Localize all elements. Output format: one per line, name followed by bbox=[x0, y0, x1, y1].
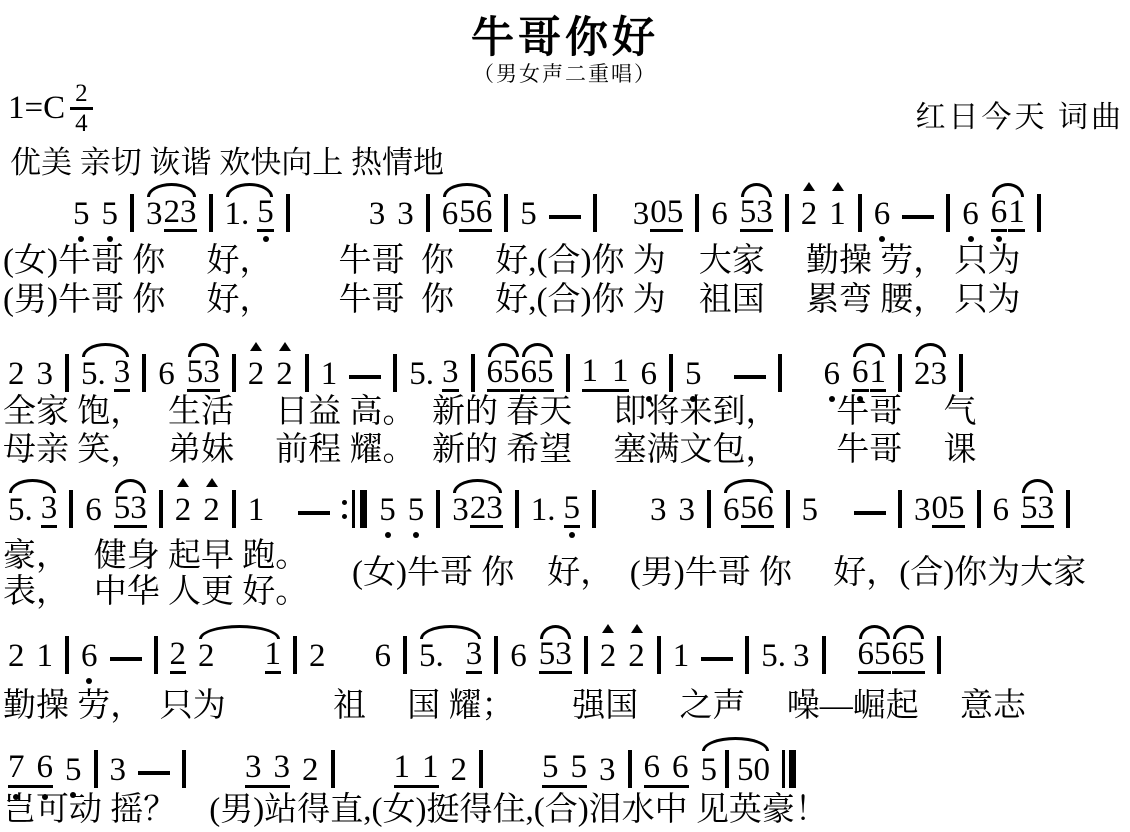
note-number: 3 bbox=[452, 492, 469, 528]
note-group: 1.5 bbox=[225, 196, 274, 232]
note: 53 bbox=[740, 196, 773, 232]
note: 56 bbox=[459, 196, 492, 232]
note-number: 53 bbox=[114, 492, 147, 528]
low-octave-dot bbox=[968, 236, 974, 242]
notation-line: 235.36532215.36565116566123 bbox=[8, 352, 963, 392]
lyrics-line: (女)牛哥 你 好， 牛哥 你 好,(合)你 为 大家 勤操 劳， 只为 bbox=[3, 243, 1020, 279]
slur-arc bbox=[859, 625, 890, 639]
note: 5 bbox=[257, 196, 274, 232]
duration-dash bbox=[298, 511, 330, 515]
notation-line: 765333211255366550 bbox=[8, 748, 796, 788]
note-number: 23 bbox=[470, 492, 503, 528]
note-group: 66 bbox=[644, 749, 689, 788]
note: 3 bbox=[245, 749, 262, 785]
slur-arc bbox=[540, 625, 571, 639]
note-number: 5 bbox=[73, 196, 90, 232]
barline bbox=[725, 750, 729, 788]
note-number: 23 bbox=[164, 196, 197, 232]
note: 1 bbox=[1008, 196, 1025, 232]
note-group: 6565 bbox=[858, 638, 925, 674]
barline bbox=[65, 354, 69, 392]
note-number: 2 bbox=[8, 356, 25, 392]
meter-numerator: 2 bbox=[70, 80, 93, 107]
barline bbox=[232, 354, 236, 392]
note: 2 bbox=[8, 638, 25, 674]
note-group: 656 bbox=[442, 196, 493, 232]
barline bbox=[182, 750, 186, 788]
note-number: 1 bbox=[321, 356, 338, 392]
note: 6 bbox=[723, 492, 740, 528]
duration-dash bbox=[854, 511, 886, 515]
note-number: 5 bbox=[379, 492, 396, 528]
barline bbox=[403, 636, 407, 674]
low-octave-dot bbox=[413, 532, 419, 538]
note-number: 5 bbox=[520, 196, 537, 232]
note: 2 bbox=[198, 638, 215, 674]
note-number: 2 bbox=[451, 752, 468, 788]
note: 1 bbox=[265, 638, 282, 674]
note: 50 bbox=[737, 752, 770, 788]
note: 1 bbox=[612, 353, 629, 389]
note-number: 3 bbox=[37, 356, 54, 392]
note-number: 6 bbox=[711, 196, 728, 232]
lyrics-line: 全家 饱， 生活 日益 高。 新的 春天 即将来到， 牛哥 气 bbox=[3, 394, 977, 430]
note-number: 5. bbox=[419, 638, 444, 674]
slur-arc bbox=[522, 343, 553, 357]
duration-dash bbox=[701, 657, 733, 661]
barline bbox=[436, 490, 440, 528]
barline bbox=[65, 636, 69, 674]
note: 65 bbox=[521, 356, 554, 392]
note: 3 bbox=[650, 492, 667, 528]
accent-mark bbox=[177, 478, 189, 487]
note-number: 3 bbox=[110, 752, 127, 788]
note-number: 2 bbox=[175, 492, 192, 528]
note: 1 bbox=[870, 356, 887, 392]
slur-arc bbox=[741, 183, 772, 197]
final-barline bbox=[782, 750, 796, 788]
note-number: 3 bbox=[397, 196, 414, 232]
barline bbox=[937, 636, 941, 674]
note: 7 bbox=[8, 749, 25, 785]
note-number: 6 bbox=[442, 196, 459, 232]
note-number: 3 bbox=[793, 638, 810, 674]
note: 3 bbox=[452, 492, 469, 528]
note-number: 1 bbox=[612, 353, 629, 389]
barline bbox=[628, 750, 632, 788]
note-number: 1 bbox=[870, 356, 887, 392]
note: 2 bbox=[8, 356, 25, 392]
note-number: 5 bbox=[571, 749, 588, 785]
low-octave-dot bbox=[569, 532, 575, 538]
key-tonic: 1=C bbox=[8, 90, 65, 127]
note: 6 bbox=[672, 749, 689, 785]
lyrics-line: 勤操 劳， 只为 祖 国 耀； 强国 之声 噪—崛起 意志 bbox=[3, 688, 1026, 724]
slur-arc bbox=[1022, 479, 1053, 493]
note-number: 1. bbox=[531, 492, 556, 528]
barline bbox=[566, 354, 570, 392]
note: 23 bbox=[470, 492, 503, 528]
accent-mark bbox=[832, 182, 844, 191]
accent-mark bbox=[631, 624, 643, 633]
barline bbox=[584, 636, 588, 674]
low-octave-dot bbox=[86, 678, 92, 684]
repeat-dot bbox=[342, 500, 347, 505]
barline bbox=[593, 194, 597, 232]
barline bbox=[898, 354, 902, 392]
note-number: 5 bbox=[65, 752, 82, 788]
note: 5 bbox=[701, 752, 718, 788]
note: 6 bbox=[81, 638, 98, 674]
note-number: 6 bbox=[641, 356, 658, 392]
accent-mark bbox=[602, 624, 614, 633]
note-number: 6 bbox=[158, 356, 175, 392]
note: 5 bbox=[564, 492, 581, 528]
note-number: 3 bbox=[245, 749, 262, 785]
note-number: 6 bbox=[644, 749, 661, 785]
note: 6 bbox=[711, 196, 728, 232]
duration-dash bbox=[349, 375, 381, 379]
note: 5 bbox=[685, 356, 702, 392]
slur-arc bbox=[115, 479, 146, 493]
note-number: 65 bbox=[487, 356, 520, 392]
note: 2 bbox=[628, 638, 645, 674]
barline bbox=[786, 490, 790, 528]
note-number: 3 bbox=[599, 752, 616, 788]
note: 6 bbox=[158, 356, 175, 392]
note-number: 23 bbox=[914, 356, 947, 392]
note-group: 61 bbox=[991, 196, 1025, 232]
note: 1 bbox=[394, 749, 411, 785]
repeat-dot bbox=[342, 514, 347, 519]
note-number: 1. bbox=[225, 196, 250, 232]
note-group: 323 bbox=[452, 492, 503, 528]
note: 1. bbox=[225, 196, 250, 232]
note-number: 1 bbox=[582, 353, 599, 389]
note-number: 6 bbox=[874, 196, 891, 232]
note-number: 05 bbox=[650, 196, 683, 232]
low-octave-dot bbox=[879, 236, 885, 242]
note: 3 bbox=[110, 752, 127, 788]
lyrics-line: 豪， 健身 起早 跑。 bbox=[3, 538, 308, 574]
note: 6 bbox=[641, 356, 658, 392]
lyrics-line: 岂可动 摇？ (男)站得直,(女)挺得住,(合)泪水中 见英豪！ bbox=[3, 792, 828, 828]
note-number: 5. bbox=[409, 356, 434, 392]
note-number: 1 bbox=[673, 638, 690, 674]
barline-thin bbox=[782, 750, 785, 788]
slur-arc bbox=[188, 343, 219, 357]
note: 5 bbox=[571, 749, 588, 785]
note-group: 61 bbox=[852, 356, 886, 392]
barline-thick bbox=[789, 750, 796, 788]
note-number: 6 bbox=[852, 356, 869, 392]
expression-marking: 优美 亲切 诙谐 欢快向上 热情地 bbox=[10, 137, 444, 182]
note: 65 bbox=[892, 638, 925, 674]
note: 1 bbox=[582, 353, 599, 389]
note: 5. bbox=[409, 356, 434, 392]
note: 6 bbox=[874, 196, 891, 232]
low-octave-dot bbox=[78, 236, 84, 242]
note-number: 5 bbox=[102, 196, 119, 232]
note: 53 bbox=[187, 356, 220, 392]
low-octave-dot bbox=[263, 236, 269, 242]
note-number: 1 bbox=[1008, 196, 1025, 232]
note: 2 bbox=[451, 752, 468, 788]
accent-mark bbox=[279, 342, 291, 351]
note-number: 53 bbox=[539, 638, 572, 674]
barline bbox=[471, 354, 475, 392]
key-signature: 1=C 2 4 bbox=[8, 80, 93, 137]
note: 53 bbox=[114, 492, 147, 528]
note: 6 bbox=[824, 356, 841, 392]
barline bbox=[94, 750, 98, 788]
note: 5 bbox=[408, 492, 425, 528]
note-number: 2 bbox=[801, 196, 818, 232]
note-number: 65 bbox=[892, 638, 925, 674]
note-group: 5.3 bbox=[409, 356, 458, 392]
barline bbox=[232, 490, 236, 528]
note: 3 bbox=[599, 752, 616, 788]
note-number: 5 bbox=[257, 196, 274, 232]
note-number: 5. bbox=[761, 638, 786, 674]
note: 6 bbox=[442, 196, 459, 232]
note-number: 6 bbox=[81, 638, 98, 674]
accent-mark bbox=[250, 342, 262, 351]
note-number: 3 bbox=[679, 492, 696, 528]
note: 05 bbox=[932, 492, 965, 528]
note-number: 56 bbox=[741, 492, 774, 528]
note-number: 2 bbox=[203, 492, 220, 528]
note-number: 3 bbox=[466, 638, 483, 674]
note: 65 bbox=[858, 638, 891, 674]
note-group: 6565 bbox=[487, 356, 554, 392]
note: 3 bbox=[466, 638, 483, 674]
repeat-dots bbox=[342, 500, 347, 519]
note-number: 1 bbox=[829, 196, 846, 232]
note: 6 bbox=[85, 492, 102, 528]
note-number: 2 bbox=[309, 638, 326, 674]
note-number: 5. bbox=[81, 356, 106, 392]
note: 1 bbox=[829, 196, 846, 232]
note: 5 bbox=[520, 196, 537, 232]
note-group: 5.3 bbox=[761, 638, 809, 674]
accent-mark bbox=[206, 478, 218, 487]
note-group: 21 bbox=[198, 638, 281, 674]
note-number: 5. bbox=[8, 492, 33, 528]
note: 6 bbox=[510, 638, 527, 674]
note-number: 5 bbox=[701, 752, 718, 788]
barline bbox=[946, 194, 950, 232]
note: 53 bbox=[539, 638, 572, 674]
barline bbox=[293, 636, 297, 674]
song-title: 牛哥你好 bbox=[0, 4, 1130, 65]
note: 3 bbox=[914, 492, 931, 528]
note-number: 05 bbox=[932, 492, 965, 528]
barline bbox=[745, 636, 749, 674]
note-group: 33 bbox=[245, 749, 290, 788]
note: 1 bbox=[248, 492, 265, 528]
note-number: 1 bbox=[422, 749, 439, 785]
note: 3 bbox=[114, 356, 131, 392]
note-number: 2 bbox=[248, 356, 265, 392]
note-number: 5 bbox=[685, 356, 702, 392]
note: 1 bbox=[37, 638, 54, 674]
note: 05 bbox=[650, 196, 683, 232]
note: 5. bbox=[8, 492, 33, 528]
duration-dash bbox=[734, 375, 766, 379]
note-group: 5.3 bbox=[8, 492, 57, 528]
meter-denominator: 4 bbox=[70, 107, 93, 137]
note-group: 5.3 bbox=[81, 356, 130, 392]
note-number: 3 bbox=[114, 356, 131, 392]
low-octave-dot bbox=[107, 236, 113, 242]
note-group: 550 bbox=[701, 750, 771, 788]
note-number: 53 bbox=[740, 196, 773, 232]
note: 5. bbox=[761, 638, 786, 674]
barline-thin bbox=[352, 490, 355, 528]
note: 6 bbox=[962, 196, 979, 232]
composer-credit: 红日今天 词曲 bbox=[916, 92, 1125, 136]
note-number: 6 bbox=[510, 638, 527, 674]
note-group: 656 bbox=[723, 492, 774, 528]
lyrics-line: (男)牛哥 你 好， 牛哥 你 好,(合)你 为 祖国 累弯 腰， 只为 bbox=[3, 282, 1020, 318]
note: 2 bbox=[302, 752, 319, 788]
note: 2 bbox=[203, 492, 220, 528]
note: 3 bbox=[369, 196, 386, 232]
note-number: 2 bbox=[8, 638, 25, 674]
note: 6 bbox=[993, 492, 1010, 528]
notation-line: 216221265.36532215.36565 bbox=[8, 634, 941, 674]
barline bbox=[669, 354, 673, 392]
note-number: 53 bbox=[1021, 492, 1054, 528]
note: 2 bbox=[170, 638, 187, 674]
note-number: 2 bbox=[276, 356, 293, 392]
barline bbox=[504, 194, 508, 232]
barline bbox=[898, 490, 902, 528]
lyrics-line: 表， 中华 人更 好。 bbox=[3, 574, 308, 610]
slur-arc bbox=[893, 625, 924, 639]
barline bbox=[130, 194, 134, 232]
slur-arc bbox=[702, 737, 770, 751]
duration-dash bbox=[902, 215, 934, 219]
note: 2 bbox=[600, 638, 617, 674]
note-number: 6 bbox=[991, 196, 1008, 232]
note-number: 1 bbox=[37, 638, 54, 674]
note: 2 bbox=[175, 492, 192, 528]
barline bbox=[209, 194, 213, 232]
note: 5 bbox=[65, 752, 82, 788]
barline bbox=[695, 194, 699, 232]
note-number: 6 bbox=[375, 638, 392, 674]
note-number: 3 bbox=[914, 492, 931, 528]
note-number: 5 bbox=[408, 492, 425, 528]
barline bbox=[785, 194, 789, 232]
note-number: 6 bbox=[85, 492, 102, 528]
note-group: 1.5 bbox=[531, 492, 580, 528]
barline bbox=[858, 194, 862, 232]
note-number: 2 bbox=[302, 752, 319, 788]
note-number: 3 bbox=[369, 196, 386, 232]
note-number: 3 bbox=[650, 492, 667, 528]
note-number: 3 bbox=[41, 492, 58, 528]
barline bbox=[515, 490, 519, 528]
note-group: 55 bbox=[542, 749, 587, 788]
note-number: 7 bbox=[8, 749, 25, 785]
note-number: 6 bbox=[672, 749, 689, 785]
barline bbox=[778, 354, 782, 392]
barline bbox=[707, 490, 711, 528]
note: 2 bbox=[248, 356, 265, 392]
note: 6 bbox=[644, 749, 661, 785]
song-subtitle: （男女声二重唱） bbox=[0, 58, 1130, 88]
note: 3 bbox=[442, 356, 459, 392]
note-number: 3 bbox=[274, 749, 291, 785]
note-number: 56 bbox=[459, 196, 492, 232]
note-number: 5 bbox=[564, 492, 581, 528]
note-number: 50 bbox=[737, 752, 770, 788]
note: 23 bbox=[914, 356, 947, 392]
note: 2 bbox=[801, 196, 818, 232]
note: 23 bbox=[164, 196, 197, 232]
duration-dash bbox=[138, 771, 170, 775]
note-number: 6 bbox=[723, 492, 740, 528]
note-group: 5.3 bbox=[419, 638, 482, 674]
note-number: 65 bbox=[858, 638, 891, 674]
barline bbox=[657, 636, 661, 674]
barline bbox=[331, 750, 335, 788]
note: 53 bbox=[1021, 492, 1054, 528]
slur-arc bbox=[915, 343, 946, 357]
note: 5 bbox=[102, 196, 119, 232]
note: 1 bbox=[673, 638, 690, 674]
note-number: 3 bbox=[146, 196, 163, 232]
note: 5 bbox=[802, 492, 819, 528]
note: 3 bbox=[146, 196, 163, 232]
barline bbox=[393, 354, 397, 392]
note-group: 76 bbox=[8, 749, 53, 788]
barline bbox=[1066, 490, 1070, 528]
barline bbox=[69, 490, 73, 528]
barline bbox=[286, 194, 290, 232]
barline bbox=[479, 750, 483, 788]
note-group: 323 bbox=[146, 196, 197, 232]
note-group: 11 bbox=[394, 749, 439, 788]
barline bbox=[592, 490, 596, 528]
lyrics-line: (女)牛哥 你 好， (男)牛哥 你 好，(合)你为大家 bbox=[352, 555, 1086, 591]
notation-line: 553231.5336565305653216661 bbox=[73, 192, 1041, 232]
note-number: 2 bbox=[170, 638, 187, 674]
note-number: 5 bbox=[802, 492, 819, 528]
note-number: 1 bbox=[265, 638, 282, 674]
barline bbox=[1037, 194, 1041, 232]
note-number: 2 bbox=[600, 638, 617, 674]
note: 65 bbox=[487, 356, 520, 392]
note: 6 bbox=[852, 356, 869, 392]
note: 6 bbox=[991, 196, 1008, 232]
barline bbox=[494, 636, 498, 674]
note: 1. bbox=[531, 492, 556, 528]
note: 3 bbox=[37, 356, 54, 392]
lyrics-line: 母亲 笑， 弟妹 前程 耀。 新的 希望 塞满文包， 牛哥 课 bbox=[3, 432, 977, 468]
note: 2 bbox=[309, 638, 326, 674]
note: 5 bbox=[542, 749, 559, 785]
meter-fraction: 2 4 bbox=[70, 80, 93, 137]
note: 1 bbox=[422, 749, 439, 785]
note-number: 3 bbox=[442, 356, 459, 392]
duration-dash bbox=[110, 657, 142, 661]
slur-arc bbox=[488, 343, 519, 357]
note: 2 bbox=[276, 356, 293, 392]
